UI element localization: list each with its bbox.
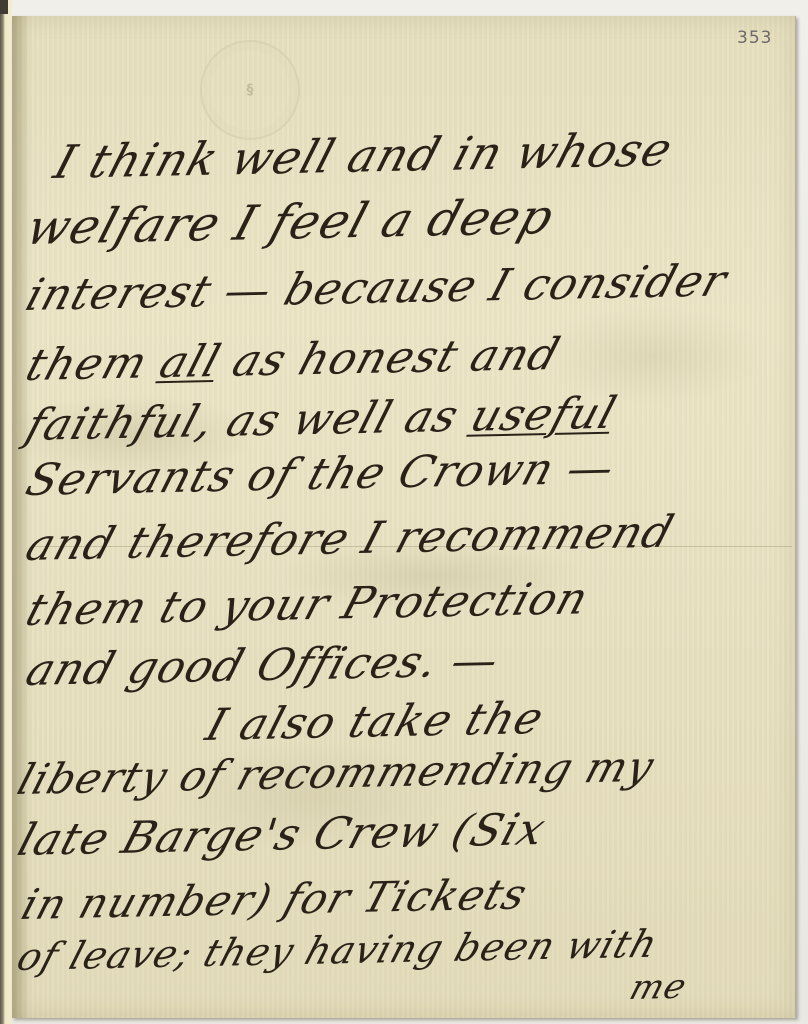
letter-line: me xyxy=(625,967,692,1008)
letter-line: faithful, as well as useful xyxy=(20,388,623,451)
letter-line: them to your Protection xyxy=(20,573,595,636)
letter-line: liberty of recommending my xyxy=(12,742,660,804)
letter-line: I think well and in whose xyxy=(48,122,679,189)
letter-text: I think well and in whose welfare I feel… xyxy=(0,0,808,1024)
letter-line: late Barge's Crew (Six xyxy=(12,804,552,866)
letter-line: of leave; they having been with xyxy=(12,922,663,979)
letter-line: them all as honest and xyxy=(20,329,566,391)
letter-line: in number) for Tickets xyxy=(16,870,533,929)
letter-line: welfare I feel a deep xyxy=(20,189,561,256)
letter-line: I also take the xyxy=(200,693,550,751)
letter-line: and therefore I recommend xyxy=(20,507,680,571)
letter-line: interest — because I consider xyxy=(20,255,733,321)
letter-line: Servants of the Crown — xyxy=(20,443,621,506)
letter-line: and good Offices. — xyxy=(20,635,506,696)
